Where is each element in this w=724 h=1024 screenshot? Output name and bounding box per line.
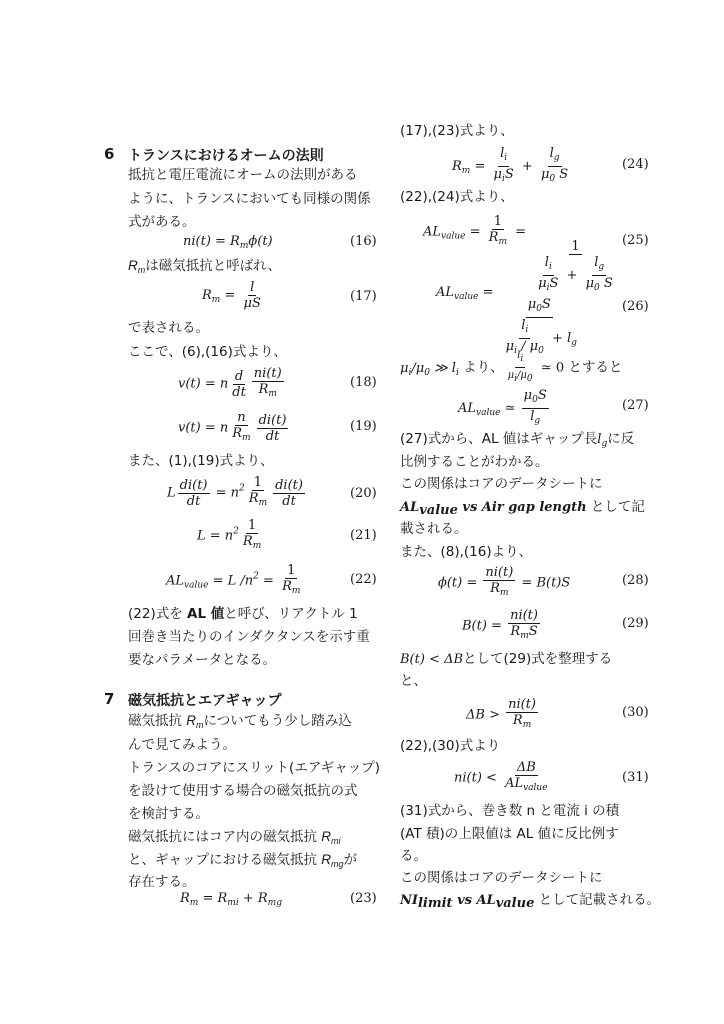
equation-label: (28) [622, 573, 649, 588]
paragraph-line: NIlimit vs ALvalue として記載される。 [400, 890, 660, 914]
equation-16: ni(t) = Rmϕ(t) [183, 234, 273, 251]
section-number: 6 [104, 145, 114, 163]
equation-17: Rm = lμS [202, 280, 265, 311]
equation-23: Rm = Rmi + Rmg [180, 891, 282, 908]
paragraph-line: んで見てみよう。 [128, 735, 236, 755]
equation-label: (29) [622, 616, 649, 631]
paragraph-line: る。 [400, 846, 427, 866]
equation-28: ϕ(t) = ni(t)Rm = B(t)S [438, 565, 570, 601]
paragraph-line: (27)式から、AL 値はギャップ長lgに反 [400, 429, 634, 454]
paragraph-line: 式がある。 [128, 212, 196, 232]
paragraph-line: また、(8),(16)より、 [400, 542, 532, 562]
equation-24: Rm = liμiS + lgμ0 S [452, 146, 572, 187]
section-number: 7 [104, 690, 114, 708]
paragraph-line: 比例することがわかる。 [400, 452, 549, 472]
equation-label: (27) [622, 398, 649, 413]
paragraph-line: 抵抗と電圧電流にオームの法則がある [128, 165, 358, 185]
equation-21: L = n21Rm [197, 518, 265, 554]
paragraph-line: 磁気抵抗 Rmについてもう少し踏み込 [128, 711, 352, 735]
paragraph-line: トランスのコアにスリット(エアギャップ) [128, 758, 380, 778]
paragraph-line: 載される。 [400, 519, 468, 539]
equation-25: ALvalue = 1Rm = 1liμiS + lgμ0 S [423, 214, 621, 296]
paragraph-line: と、ギャップにおける磁気抵抗 Rmgが [128, 850, 357, 874]
paragraph-line: と、 [400, 671, 427, 691]
equation-label: (23) [350, 891, 377, 906]
equation-label: (20) [350, 486, 377, 501]
equation-label: (21) [350, 528, 377, 543]
paragraph-line: (17),(23)式より、 [400, 121, 514, 141]
paragraph-line: 回巻き当たりのインダクタンスを示す重 [128, 627, 370, 647]
equation-29: B(t) = ni(t)RmS [462, 608, 542, 644]
paragraph-line: この関係はコアのデータシートに [400, 868, 603, 888]
equation-label: (19) [350, 419, 377, 434]
paragraph-line: で表される。 [128, 318, 209, 338]
paragraph-line: ここで、(6),(16)式より、 [128, 342, 287, 362]
equation-label: (17) [350, 289, 377, 304]
paragraph-line: 要なパラメータとなる。 [128, 650, 276, 670]
equation-31: ni(t) < ΔBALvalue [454, 760, 552, 796]
equation-18: v(t) = nddtni(t)Rm [178, 366, 286, 402]
section-title: 磁気抵抗とエアギャップ [128, 690, 281, 710]
section-title: トランスにおけるオームの法則 [128, 145, 324, 165]
equation-label: (18) [350, 375, 377, 390]
equation-label: (16) [350, 234, 377, 249]
paragraph-line: 磁気抵抗にはコア内の磁気抵抗 Rmi [128, 827, 341, 851]
paragraph-line: B(t) < ΔBとして(29)式を整理する [400, 649, 612, 670]
equation-label: (22) [350, 572, 377, 587]
equation-27: ALvalue ≃ μ0Slg [458, 388, 551, 429]
paragraph-line: この関係はコアのデータシートに [400, 474, 603, 494]
paragraph-line: ように、トランスにおいても同様の関係 [128, 189, 371, 209]
equation-19: v(t) = nnRmdi(t)dt [178, 410, 290, 446]
paragraph-line: ALvalue vs Air gap length として記 [400, 497, 645, 521]
paragraph-line: を検討する。 [128, 804, 209, 824]
paragraph-line: 存在する。 [128, 872, 196, 892]
equation-label: (31) [622, 770, 649, 785]
equation-label: (25) [622, 233, 649, 248]
equation-30: ΔB > ni(t)Rm [466, 697, 540, 733]
equation-label: (26) [622, 299, 649, 314]
paragraph-line: また、(1),(19)式より、 [128, 451, 274, 471]
equation-label: (24) [622, 157, 649, 172]
paragraph-line: (22),(24)式より、 [400, 187, 514, 207]
equation-20: Ldi(t)dt = n21Rmdi(t)dt [167, 475, 307, 511]
equation-label: (30) [622, 705, 649, 720]
paragraph-line: を設けて使用する場合の磁気抵抗の式 [128, 781, 358, 801]
paragraph-line: (22),(30)式より [400, 736, 500, 756]
equation-22: ALvalue = L /n2 = 1Rm [166, 563, 304, 599]
condition-line: μi/μ0 ≫ li より、liμi/μ0 ≃ 0 とすると [400, 348, 622, 387]
paragraph-line: (AT 積)の上限値は AL 値に反比例す [400, 824, 619, 844]
paragraph-line: Rmは磁気抵抗と呼ばれ、 [128, 256, 281, 280]
paragraph-line: (22)式を AL 値と呼び、リアクトル 1 [128, 604, 358, 624]
paragraph-line: (31)式から、巻き数 n と電流 i の積 [400, 801, 619, 821]
